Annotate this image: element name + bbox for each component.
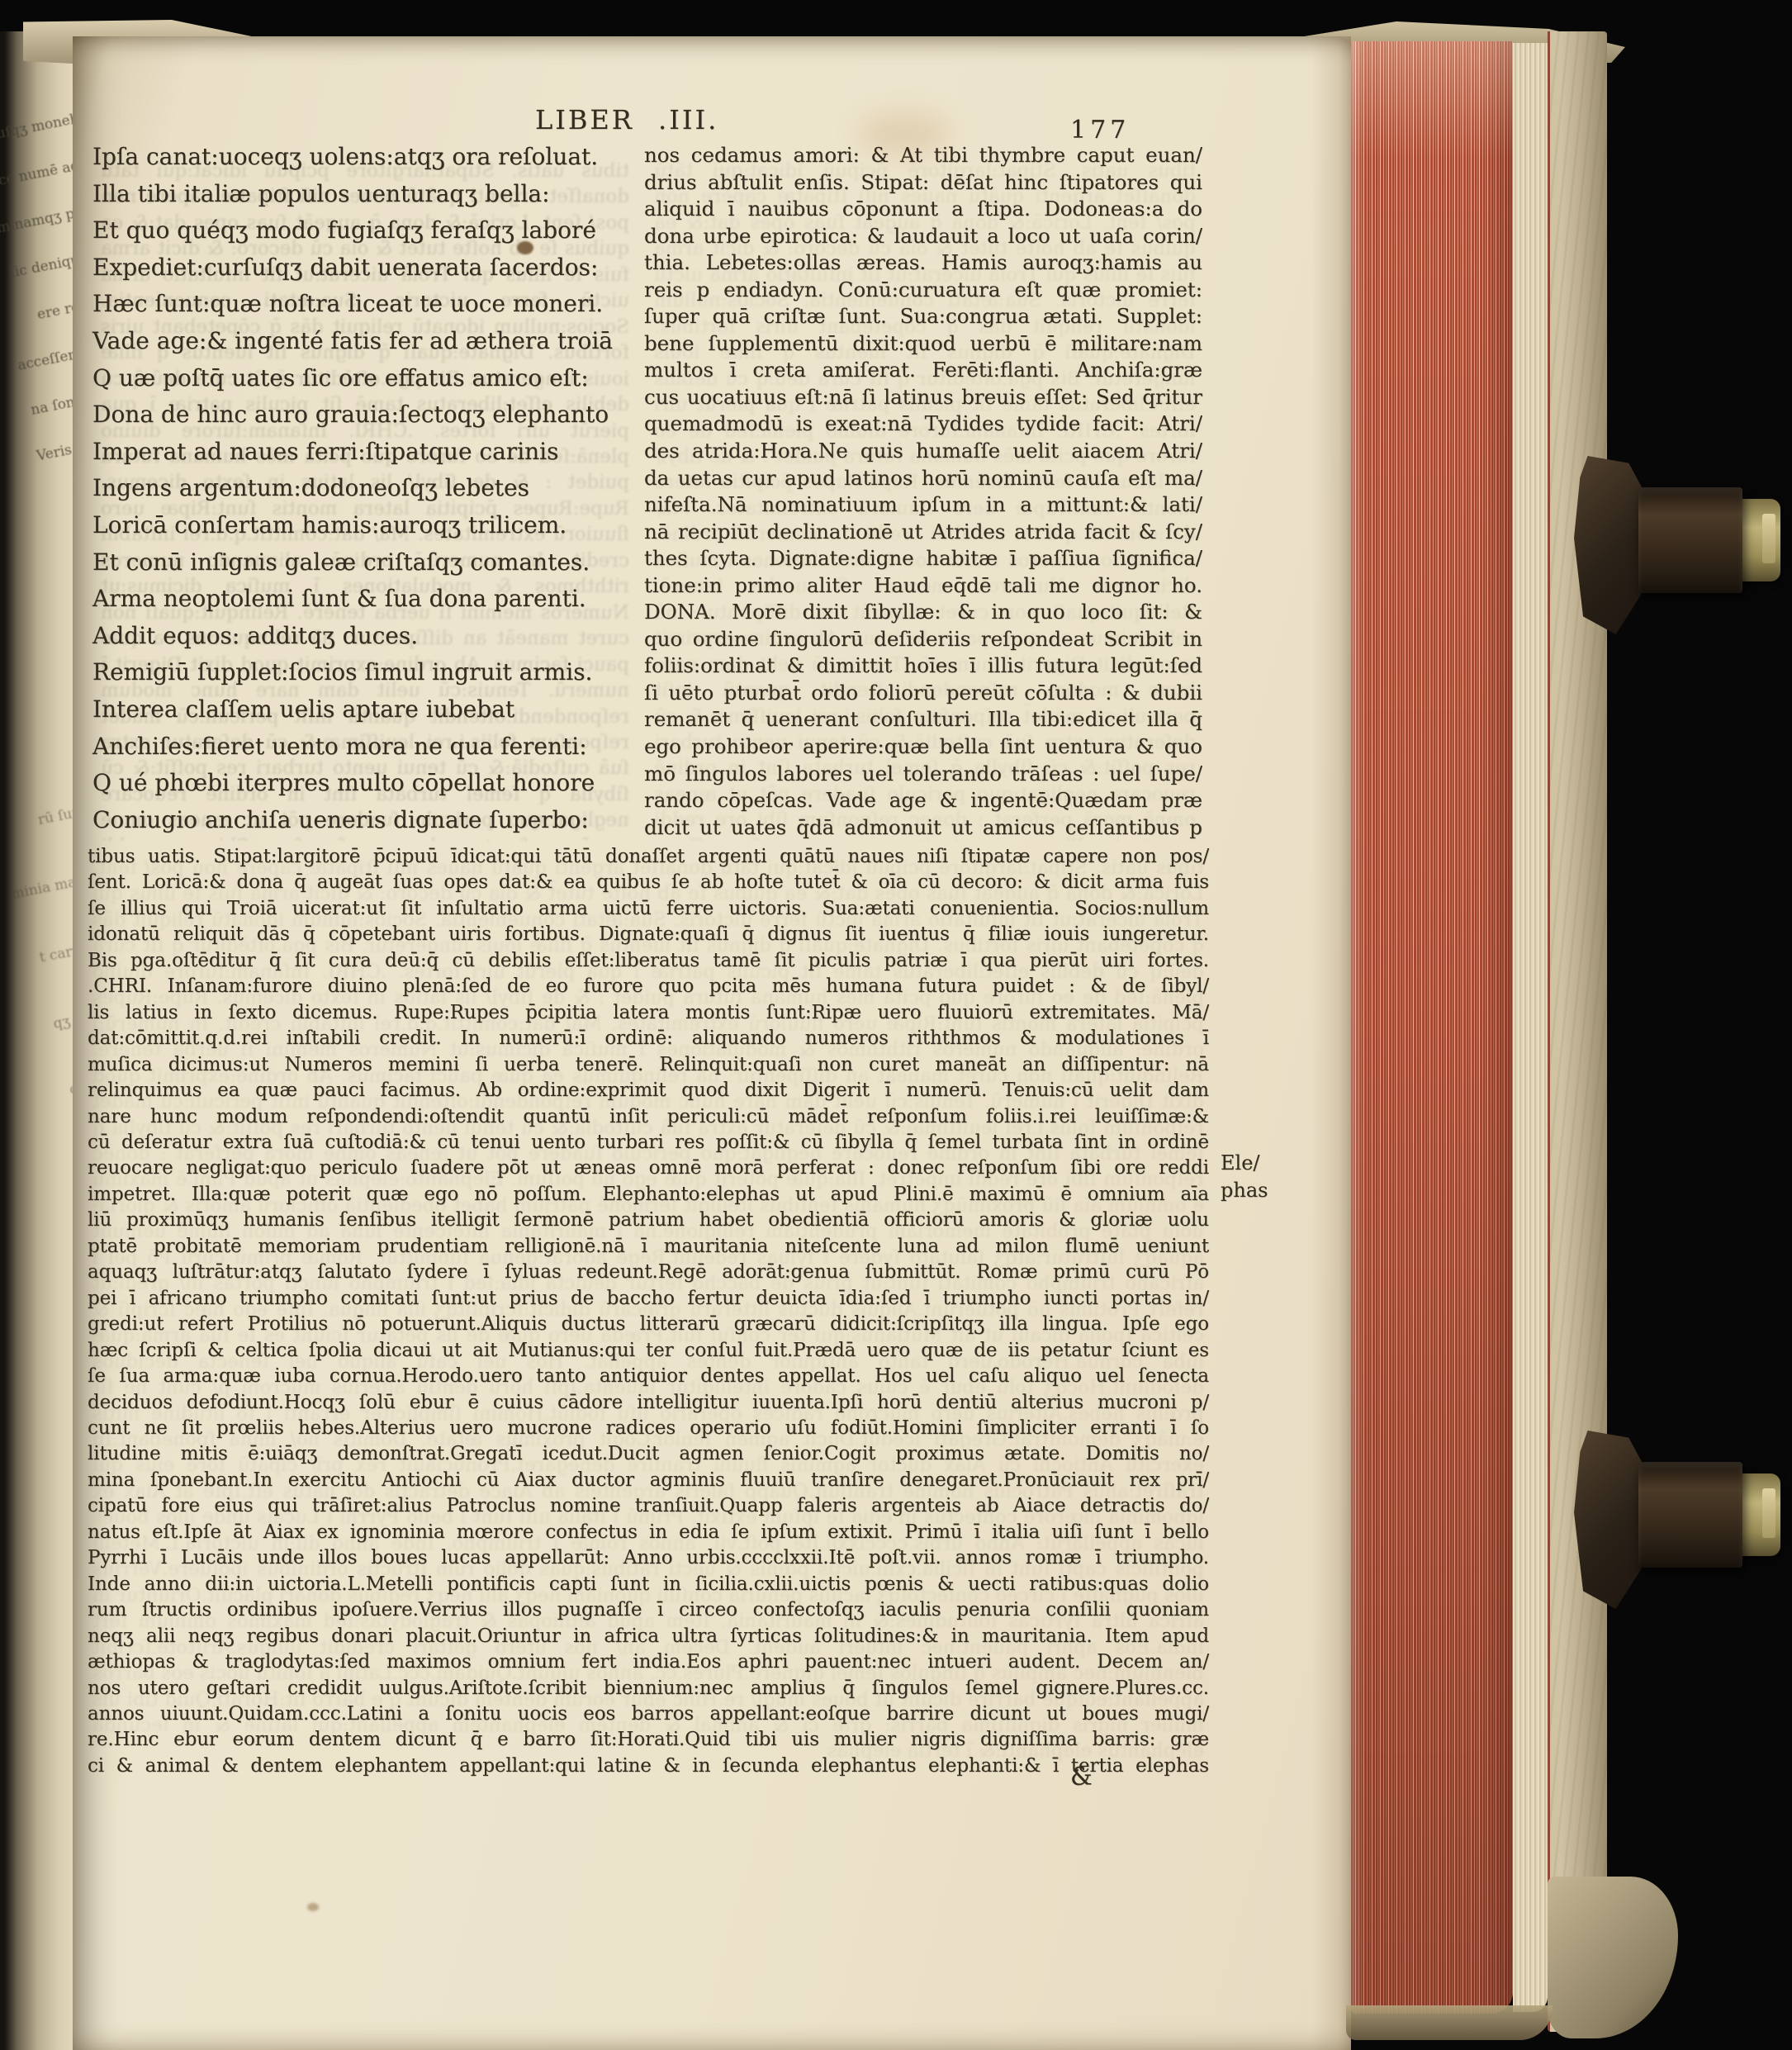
page-curl-shading <box>1311 36 1351 2050</box>
foxing-spot <box>307 1903 319 1911</box>
commentary-line: lis latius in ſexto dicemus. Rupe:Rupes … <box>88 1000 1209 1026</box>
previous-page-edge: iteriuſqʒ monebprece numē adoominamqʒ po… <box>0 31 78 2050</box>
commentary-line: natus eſt.Ipſe āt Aiax ex ignominia mœro… <box>88 1520 1209 1545</box>
commentary-line: ego prohibeor aperire:quæ bella ſint uen… <box>644 733 1202 761</box>
signature-mark: & <box>1070 1763 1093 1791</box>
red-stained-fore-edge <box>1351 41 1513 2014</box>
commentary-line: gredi:ut refert Protilius nō potuerunt.A… <box>88 1312 1209 1337</box>
commentary-line: .CHRI. Inſanam:furore diuino plenā:ſed d… <box>88 974 1209 999</box>
commentary-line: hæc ſcripſi & celtica ſpolia dicaui ut a… <box>88 1338 1209 1364</box>
page-number: 177 <box>1070 116 1130 145</box>
commentary-line: ſuper quā criſtæ ſunt. Sua:congrua ætati… <box>644 303 1202 330</box>
commentary-line: rum ſtructis ordinibus ipoſuere.Verrius … <box>88 1597 1209 1623</box>
commentary-line: relinquimus ea quæ pauci facimus. Ab ord… <box>88 1078 1209 1103</box>
commentary-line: litudine mitis ē:uiāqʒ demonſtrat.Gregat… <box>88 1441 1209 1467</box>
commentary-line: idonatū reliquit dās q̄ cōpetebant uiris… <box>88 922 1209 947</box>
commentary-line: ptatē probitatē memoriam prudentiam rell… <box>88 1234 1209 1260</box>
commentary-line: drius abſtulit enſis. Stipat: dēſat hinc… <box>644 169 1202 197</box>
commentary-line: ſi uēto pturbat̄ ordo foliorū pereūt cōſ… <box>644 680 1202 707</box>
commentary-line: dona urbe epirotica: & laudauit a loco u… <box>644 223 1202 250</box>
commentary-line: Pyrrhi ī Lucāis unde illos boues lucas a… <box>88 1545 1209 1571</box>
verse-line: Arma neoptolemi ſunt & ſua dona parenti. <box>92 581 644 618</box>
commentary-line: mō ſingulos labores uel tolerando trāſea… <box>644 761 1202 788</box>
verse-line: Q ué phœbi iterpres multo cōpellat honor… <box>92 765 644 802</box>
commentary-column: nos cedamus amori: & At tibi thymbre cap… <box>644 142 1202 841</box>
verse-line: Dona de hinc auro grauia:ſectoqʒ elephan… <box>92 396 644 434</box>
commentary-line: remanēt q̄ uenerant conſulturi. Illa tib… <box>644 706 1202 733</box>
commentary-line: aliquid ī nauibus cōponunt a ſtipa. Dodo… <box>644 196 1202 223</box>
previous-page-text-fragments-lower: rū ſupminia mandt carminaqʒ ab ordcū can… <box>0 779 78 1478</box>
parchment-cover-bottom-corner <box>1548 1877 1678 2038</box>
commentary-line: mina ſponebant.In exercitu Antiochi cū A… <box>88 1468 1209 1493</box>
commentary-line: pei ī africano triumpho comitati ſunt:ut… <box>88 1286 1209 1312</box>
commentary-line: nos cedamus amori: & At tibi thymbre cap… <box>644 142 1202 169</box>
commentary-line: cunt ne ſit prœliis hebes.Alterius uero … <box>88 1416 1209 1441</box>
verse-line: Loricā conſertam hamis:auroqʒ trilicem. <box>92 507 644 544</box>
commentary-line: tibus uatis. Stipat:largitorē p̄cipuū īd… <box>88 844 1209 870</box>
commentary-line: da uetas cur apud latinos horū nominū ca… <box>644 465 1202 492</box>
verse-line: Ingens argentum:dodoneoſqʒ lebetes <box>92 470 644 507</box>
commentary-line: annos uiuunt.Quidam.ccc.Latini a ſonitu … <box>88 1701 1209 1727</box>
clasp-leather-strap <box>1638 487 1742 593</box>
commentary-line: nare hunc modum reſpondendi:oſtendit qua… <box>88 1104 1209 1130</box>
commentary-line: dicit ut uates q̄dā admonuit ut amicus c… <box>644 814 1202 842</box>
commentary-line: deciduos defodiunt.Hocqʒ ſolū ebur ē cui… <box>88 1390 1209 1416</box>
verse-line: Vade age:& ingenté fatis fer ad æthera t… <box>92 323 644 360</box>
commentary-line: cus uocatiuus eſt:nā ſi latinus breuis e… <box>644 384 1202 411</box>
verse-line: Remigiū ſupplet:ſocios ſimul ingruit arm… <box>92 654 644 691</box>
commentary-line: quo ordine ſingulorū deſideriis reſponde… <box>644 626 1202 653</box>
commentary-line: ſe ſua arma:quæ iuba cornua.Herodo.uero … <box>88 1364 1209 1389</box>
verse-line: Hæc ſunt:quæ noſtra liceat te uoce moner… <box>92 286 644 323</box>
verse-line: Expediet:curſuſqʒ dabit uenerata ſacerdo… <box>92 249 644 287</box>
parchment-cover-edge <box>1548 31 1607 2032</box>
running-title: LIBER .III. <box>535 104 718 135</box>
commentary-line: ci & animal & dentem elephantem appellan… <box>88 1753 1209 1779</box>
verse-line: Et conū inſignis galeæ criſtaſqʒ comante… <box>92 544 644 581</box>
verse-line: Coniugio anchiſa ueneris dignate ſuperbo… <box>92 802 644 839</box>
commentary-line: Bis pga.oſtēditur q̄ ſit cura deū:q̄ cū … <box>88 948 1209 974</box>
verse-line: Imperat ad naues ferri:ſtipatque carinis <box>92 434 644 471</box>
commentary-line: rando cōpeſcas. Vade age & ingentē:Quæda… <box>644 787 1202 814</box>
ink-stain <box>517 241 533 254</box>
verse-column: Ipſa canat:uoceqʒ uolens:atqʒ ora reſolu… <box>92 139 644 838</box>
commentary-line: re.Hinc ebur eorum dentem dicunt q̄ e ba… <box>88 1727 1209 1753</box>
commentary-line: liū proximūqʒ humanis ſenſibus itelligit… <box>88 1208 1209 1233</box>
commentary-line: æthiopas & traglodytas:ſed maximos omniu… <box>88 1649 1209 1675</box>
commentary-line: DONA. Morē dixit ſibyllæ: & in quo loco … <box>644 599 1202 626</box>
commentary-line: ſent. Loricā:& dona q̄ augeāt ſuas opes … <box>88 870 1209 895</box>
book-bottom-edge <box>1346 2005 1553 2040</box>
commentary-line: nos utero geſtari credidit uulgus.Ariſto… <box>88 1676 1209 1701</box>
commentary-line: foliis:ordinat & dimittit hoīes ī illis … <box>644 652 1202 680</box>
verse-line: Et quo quéqʒ modo fugiaſqʒ feraſqʒ labor… <box>92 212 644 249</box>
commentary-line: Inde anno dii:in uictoria.L.Metelli pont… <box>88 1572 1209 1597</box>
commentary-line: reis p endiadyn. Conū:curuatura eſt quæ … <box>644 277 1202 304</box>
commentary-line: dat:cōmittit.q.d.rei inſtabili credit. I… <box>88 1026 1209 1051</box>
commentary-line: aquaqʒ luſtrātur:atqʒ ſalutato ſydere ī … <box>88 1260 1209 1285</box>
commentary-line: nifeſta.Nā nominatiuum ipſum in a mittun… <box>644 491 1202 519</box>
commentary-line: thia. Lebetes:ollas æreas. Hamis auroqʒ:… <box>644 249 1202 277</box>
commentary-line: impetret. Illa:quæ poterit quæ ego nō po… <box>88 1182 1209 1208</box>
verse-line: Ipſa canat:uoceqʒ uolens:atqʒ ora reſolu… <box>92 139 644 176</box>
commentary-line: nā recipiūt declinationē ut Atrides atri… <box>644 519 1202 546</box>
previous-page-text-fragments: iteriuſqʒ monebprece numē adoominamqʒ po… <box>0 96 78 494</box>
commentary-line: reuocare negligat:quo periculo ſuadere p… <box>88 1155 1209 1181</box>
commentary-line: cū deſeratur extra ſuā cuſtodiā:& cū ten… <box>88 1130 1209 1155</box>
verse-line: Q uæ poſtq̄ uates ſic ore effatus amico … <box>92 360 644 397</box>
commentary-line: ſe illius qui Troiā uicerat:ut ſit inſul… <box>88 896 1209 922</box>
commentary-line: muſica dicimus:ut Numeros memini ſi uerb… <box>88 1052 1209 1078</box>
commentary-line: quemadmodū is exeat:nā Tydides tydide fa… <box>644 410 1202 438</box>
verse-line: Interea claſſem uelis aptare iubebat <box>92 691 644 728</box>
commentary-block: tibus uatis. Stipat:largitorē p̄cipuū īd… <box>88 844 1209 1779</box>
verse-line: Anchiſes:fieret uento mora ne qua ferent… <box>92 728 644 766</box>
commentary-line: multos ī creta amiſerat. Ferēti:flanti. … <box>644 357 1202 384</box>
verse-line: Illa tibi italiæ populos uenturaqʒ bella… <box>92 176 644 213</box>
photo-of-incunabulum-page: { "page": { "header_title": "LIBER .III.… <box>0 0 1792 2050</box>
margin-note-line: phas <box>1221 1177 1297 1204</box>
commentary-line: tione:in primo aliter Haud eq̄dē tali me… <box>644 572 1202 600</box>
commentary-line: bene ſupplementū dixit:quod uerbū ē mili… <box>644 330 1202 358</box>
clasp-leather-strap <box>1638 1462 1742 1568</box>
commentary-line: des atrida:Hora.Ne quis humaſſe uelit ai… <box>644 438 1202 465</box>
verse-line: Addit equos: additqʒ duces. <box>92 618 644 655</box>
margin-note-line: Ele/ <box>1221 1150 1297 1177</box>
page-edges-strip <box>1513 43 1548 2012</box>
commentary-line: cipatū fore eius qui trāſiret:alius Patr… <box>88 1493 1209 1519</box>
commentary-line: thes ſcyta. Dignate:digne habitæ ī paſſi… <box>644 545 1202 572</box>
margin-note-elephas: Ele/phas <box>1221 1150 1297 1204</box>
commentary-line: neqʒ alii neqʒ regibus donari placuit.Or… <box>88 1624 1209 1649</box>
